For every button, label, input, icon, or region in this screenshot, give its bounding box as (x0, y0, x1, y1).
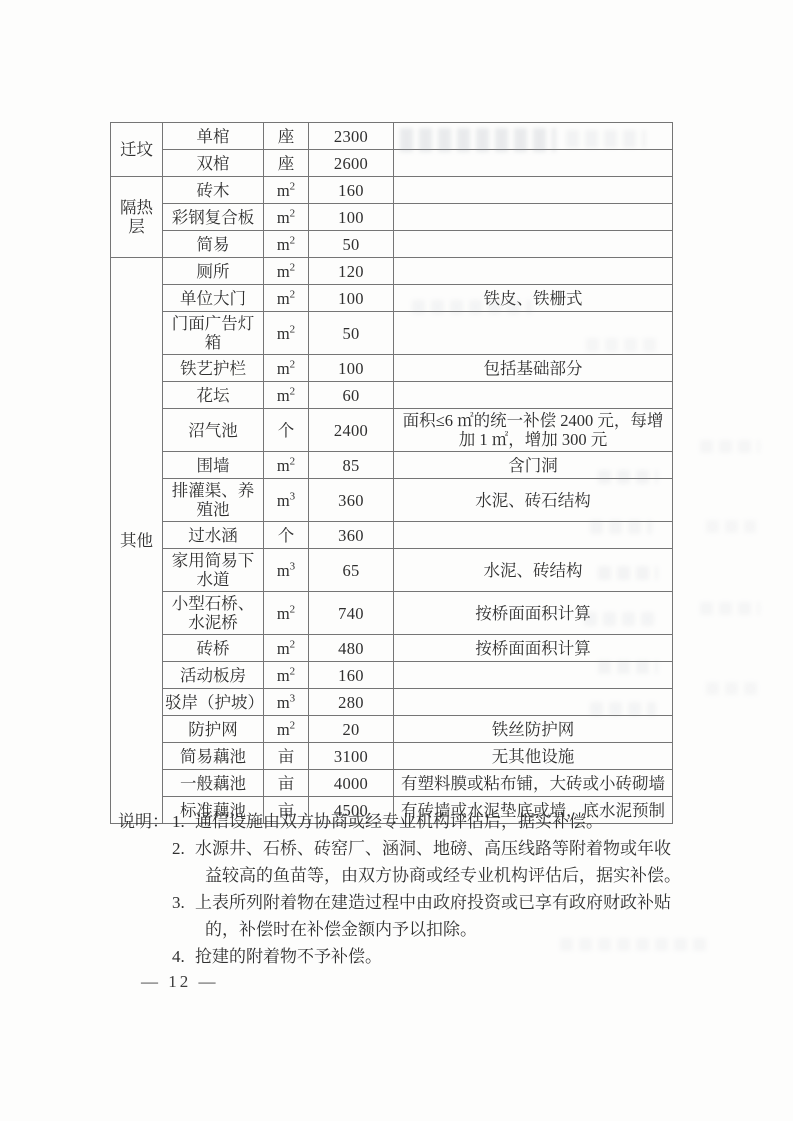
table-row: 排灌渠、养 殖池m3360水泥、砖石结构 (111, 479, 673, 522)
value-cell: 60 (309, 382, 394, 409)
table-row: 其他厕所m2120 (111, 258, 673, 285)
table-row: 过水涵个360 (111, 522, 673, 549)
item-cell: 砖桥 (163, 635, 264, 662)
unit-cell: m2 (264, 204, 309, 231)
item-cell: 小型石桥、 水泥桥 (163, 592, 264, 635)
table-row: 砖桥m2480按桥面面积计算 (111, 635, 673, 662)
table-row: 围墙m285含门洞 (111, 452, 673, 479)
value-cell: 4000 (309, 770, 394, 797)
group-label-cell: 其他 (111, 258, 163, 824)
bleed-through-smudge (412, 300, 532, 314)
item-cell: 沼气池 (163, 409, 264, 452)
item-cell: 活动板房 (163, 662, 264, 689)
remark-cell: 面积≤6 ㎡的统一补偿 2400 元，每增加 1 ㎡，增加 300 元 (394, 409, 673, 452)
value-cell: 85 (309, 452, 394, 479)
remark-cell: 有塑料膜或粘布铺，大砖或小砖砌墙 (394, 770, 673, 797)
item-cell: 排灌渠、养 殖池 (163, 479, 264, 522)
remark-cell (394, 382, 673, 409)
note-text: 上表所列附着物在建造过程中由政府投资或已享有政府财政补贴的，补偿时在补偿金额内予… (195, 889, 685, 943)
item-cell: 防护网 (163, 716, 264, 743)
value-cell: 2400 (309, 409, 394, 452)
remark-cell: 包括基础部分 (394, 355, 673, 382)
value-cell: 2300 (309, 123, 394, 150)
item-cell: 简易 (163, 231, 264, 258)
value-cell: 160 (309, 177, 394, 204)
value-cell: 120 (309, 258, 394, 285)
unit-cell: m3 (264, 689, 309, 716)
bleed-through-smudge (706, 520, 756, 533)
value-cell: 100 (309, 355, 394, 382)
unit-cell: m2 (264, 285, 309, 312)
note-text: 通信设施由双方协商或经专业机构评估后，据实补偿。 (195, 808, 685, 835)
value-cell: 65 (309, 549, 394, 592)
value-cell: 50 (309, 231, 394, 258)
remark-cell (394, 204, 673, 231)
table-row: 沼气池个2400面积≤6 ㎡的统一补偿 2400 元，每增加 1 ㎡，增加 30… (111, 409, 673, 452)
bleed-through-smudge (586, 338, 658, 352)
unit-cell: m2 (264, 662, 309, 689)
table-row: 简易m250 (111, 231, 673, 258)
item-cell: 家用简易下 水道 (163, 549, 264, 592)
value-cell: 160 (309, 662, 394, 689)
value-cell: 100 (309, 285, 394, 312)
note-number: 4. (172, 943, 195, 970)
item-cell: 厕所 (163, 258, 264, 285)
unit-cell: m3 (264, 479, 309, 522)
remark-cell (394, 177, 673, 204)
unit-cell: 座 (264, 150, 309, 177)
unit-cell: 亩 (264, 770, 309, 797)
bleed-through-smudge (700, 602, 760, 615)
value-cell: 100 (309, 204, 394, 231)
remark-cell: 无其他设施 (394, 743, 673, 770)
item-cell: 门面广告灯 箱 (163, 312, 264, 355)
bleed-through-smudge (400, 128, 556, 152)
unit-cell: m2 (264, 716, 309, 743)
table-row: 驳岸（护坡）m3280 (111, 689, 673, 716)
page-number: — 12 — (141, 972, 219, 992)
note-text: 水源井、石桥、砖窑厂、涵洞、地磅、高压线路等附着物或年收益较高的鱼苗等，由双方协… (195, 835, 685, 889)
note-number: 1. (172, 808, 195, 835)
value-cell: 20 (309, 716, 394, 743)
value-cell: 50 (309, 312, 394, 355)
note-item: 2. 水源井、石桥、砖窑厂、涵洞、地磅、高压线路等附着物或年收益较高的鱼苗等，由… (172, 835, 685, 889)
remark-cell (394, 258, 673, 285)
item-cell: 过水涵 (163, 522, 264, 549)
bleed-through-smudge (598, 566, 658, 580)
table-row: 一般藕池亩4000有塑料膜或粘布铺，大砖或小砖砌墙 (111, 770, 673, 797)
bleed-through-smudge (706, 682, 758, 695)
bleed-through-smudge (598, 470, 658, 484)
bleed-through-smudge (584, 612, 660, 626)
item-cell: 铁艺护栏 (163, 355, 264, 382)
table-row: 活动板房m2160 (111, 662, 673, 689)
item-cell: 双棺 (163, 150, 264, 177)
table-row: 防护网m220铁丝防护网 (111, 716, 673, 743)
scanned-document-page: 迁坟单棺座2300双棺座2600隔热层砖木m2160彩钢复合板m2100简易m2… (0, 0, 793, 1121)
unit-cell: m2 (264, 635, 309, 662)
value-cell: 360 (309, 479, 394, 522)
value-cell: 3100 (309, 743, 394, 770)
remark-cell: 按桥面面积计算 (394, 635, 673, 662)
remark-cell (394, 231, 673, 258)
table-row: 家用简易下 水道m365水泥、砖结构 (111, 549, 673, 592)
value-cell: 740 (309, 592, 394, 635)
note-item: 3. 上表所列附着物在建造过程中由政府投资或已享有政府财政补贴的，补偿时在补偿金… (172, 889, 685, 943)
table-row: 花坛m260 (111, 382, 673, 409)
compensation-table-body: 迁坟单棺座2300双棺座2600隔热层砖木m2160彩钢复合板m2100简易m2… (111, 123, 673, 824)
note-item: 1. 通信设施由双方协商或经专业机构评估后，据实补偿。 (172, 808, 685, 835)
unit-cell: m2 (264, 452, 309, 479)
item-cell: 单棺 (163, 123, 264, 150)
note-number: 3. (172, 889, 195, 943)
unit-cell: m2 (264, 231, 309, 258)
group-label-cell: 迁坟 (111, 123, 163, 177)
unit-cell: 座 (264, 123, 309, 150)
item-cell: 彩钢复合板 (163, 204, 264, 231)
item-cell: 围墙 (163, 452, 264, 479)
table-row: 隔热层砖木m2160 (111, 177, 673, 204)
bleed-through-smudge (590, 520, 652, 534)
bleed-through-smudge (560, 938, 710, 951)
unit-cell: m2 (264, 312, 309, 355)
unit-cell: m2 (264, 258, 309, 285)
notes-label: 说明： (118, 808, 172, 970)
unit-cell: m2 (264, 177, 309, 204)
table-row: 单位大门m2100铁皮、铁栅式 (111, 285, 673, 312)
remark-cell: 水泥、砖石结构 (394, 479, 673, 522)
unit-cell: m2 (264, 592, 309, 635)
remark-cell (394, 150, 673, 177)
unit-cell: 个 (264, 522, 309, 549)
value-cell: 360 (309, 522, 394, 549)
remark-cell: 铁丝防护网 (394, 716, 673, 743)
unit-cell: m3 (264, 549, 309, 592)
item-cell: 一般藕池 (163, 770, 264, 797)
bleed-through-smudge (598, 660, 658, 674)
unit-cell: 亩 (264, 743, 309, 770)
table-row: 简易藕池亩3100无其他设施 (111, 743, 673, 770)
unit-cell: m2 (264, 355, 309, 382)
unit-cell: m2 (264, 382, 309, 409)
item-cell: 花坛 (163, 382, 264, 409)
item-cell: 驳岸（护坡） (163, 689, 264, 716)
bleed-through-smudge (590, 702, 656, 716)
compensation-table: 迁坟单棺座2300双棺座2600隔热层砖木m2160彩钢复合板m2100简易m2… (110, 122, 673, 824)
table-row: 彩钢复合板m2100 (111, 204, 673, 231)
note-number: 2. (172, 835, 195, 889)
table-row: 双棺座2600 (111, 150, 673, 177)
table-row: 铁艺护栏m2100包括基础部分 (111, 355, 673, 382)
value-cell: 2600 (309, 150, 394, 177)
value-cell: 280 (309, 689, 394, 716)
group-label-cell: 隔热层 (111, 177, 163, 258)
bleed-through-smudge (700, 440, 760, 453)
item-cell: 单位大门 (163, 285, 264, 312)
bleed-through-smudge (566, 130, 646, 148)
item-cell: 简易藕池 (163, 743, 264, 770)
item-cell: 砖木 (163, 177, 264, 204)
unit-cell: 个 (264, 409, 309, 452)
value-cell: 480 (309, 635, 394, 662)
